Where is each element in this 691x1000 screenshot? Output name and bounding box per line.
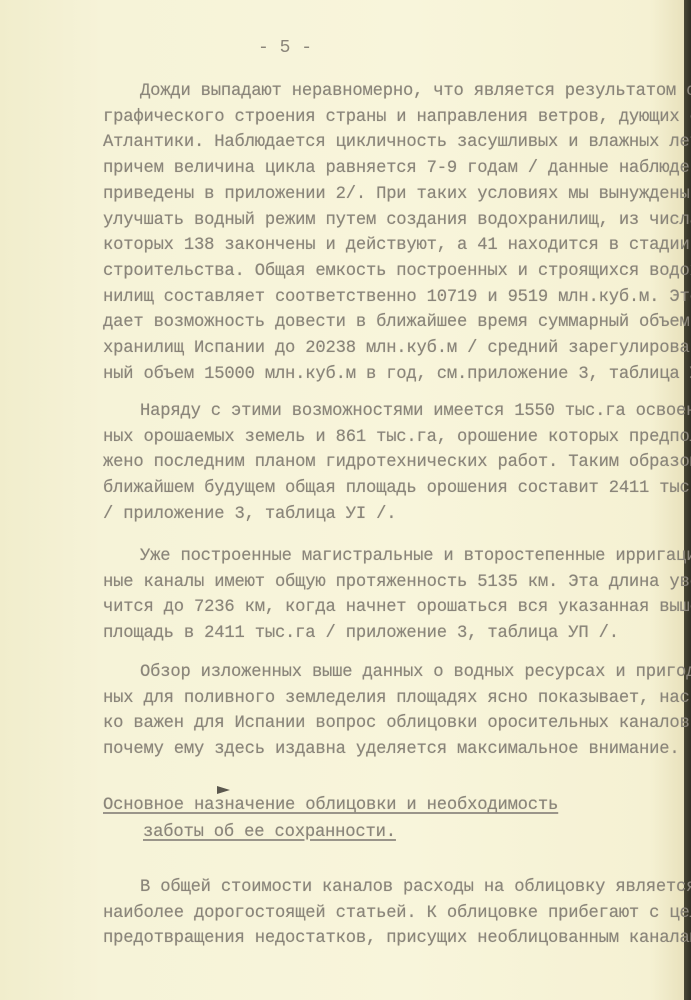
paragraph-rainfall-line: нилищ составляет соответственно 10719 и … [103, 288, 691, 308]
paragraph-lining-cost-line: предотвращения недостатков, присущих нео… [103, 929, 691, 949]
pointer-arrow-icon [217, 786, 230, 794]
paragraph-rainfall-line: графического строения страны и направлен… [103, 108, 691, 128]
paragraph-rainfall-line: дает возможность довести в ближайшее вре… [103, 313, 691, 333]
paragraph-rainfall-line: хранилищ Испании до 20238 млн.куб.м / ср… [103, 339, 691, 359]
paragraph-overview-line: почему ему здесь издавна уделяется макси… [103, 740, 680, 760]
paragraph-irrigated-land-line: жено последним планом гидротехнических р… [103, 453, 691, 473]
paragraph-canals-length-line: ные каналы имеют общую протяженность 513… [103, 573, 691, 593]
paragraph-rainfall-line: которых 138 закончены и действуют, а 41 … [103, 236, 690, 256]
paragraph-rainfall-line: причем величина цикла равняется 7-9 года… [103, 159, 691, 179]
page-number: - 5 - [258, 38, 312, 58]
paragraph-rainfall-line: приведены в приложении 2/. При таких усл… [103, 185, 690, 205]
paragraph-irrigated-land-line: ных орошаемых земель и 861 тыс.га, ороше… [103, 428, 691, 448]
paragraph-overview-line: ных для поливного земледелия площадях яс… [103, 689, 691, 709]
paragraph-overview-line: Обзор изложенных выше данных о водных ре… [140, 663, 691, 683]
paragraph-rainfall-line: ный объем 15000 млн.куб.м в год, см.прил… [103, 365, 691, 385]
paragraph-canals-length-line: площадь в 2411 тыс.га / приложение 3, та… [103, 624, 619, 644]
paragraph-lining-cost-line: В общей стоимости каналов расходы на обл… [140, 878, 691, 898]
paragraph-irrigated-land-line: Наряду с этими возможностями имеется 155… [140, 402, 691, 422]
paragraph-overview-line: ко важен для Испании вопрос облицовки ор… [103, 714, 691, 734]
section-heading-line: заботы об ее сохранности. [143, 823, 396, 843]
paragraph-rainfall-line: строительства. Общая емкость построенных… [103, 262, 691, 282]
paragraph-canals-length-line: Уже построенные магистральные и второсте… [140, 547, 691, 567]
paragraph-rainfall-line: Дожди выпадают неравномерно, что являетс… [140, 82, 691, 102]
paragraph-rainfall-line: улучшать водный режим путем создания вод… [103, 211, 691, 231]
paragraph-irrigated-land-line: / приложение 3, таблица УI /. [103, 505, 396, 525]
paragraph-rainfall-line: Атлантики. Наблюдается цикличность засуш… [103, 133, 691, 153]
section-heading-line: Основное назначение облицовки и необходи… [103, 796, 558, 816]
paragraph-lining-cost-line: наиболее дорогостоящей статьей. К облицо… [103, 904, 691, 924]
paragraph-irrigated-land-line: ближайшем будущем общая площадь орошения… [103, 479, 691, 499]
paragraph-canals-length-line: чится до 7236 км, когда начнет орошаться… [103, 598, 691, 618]
